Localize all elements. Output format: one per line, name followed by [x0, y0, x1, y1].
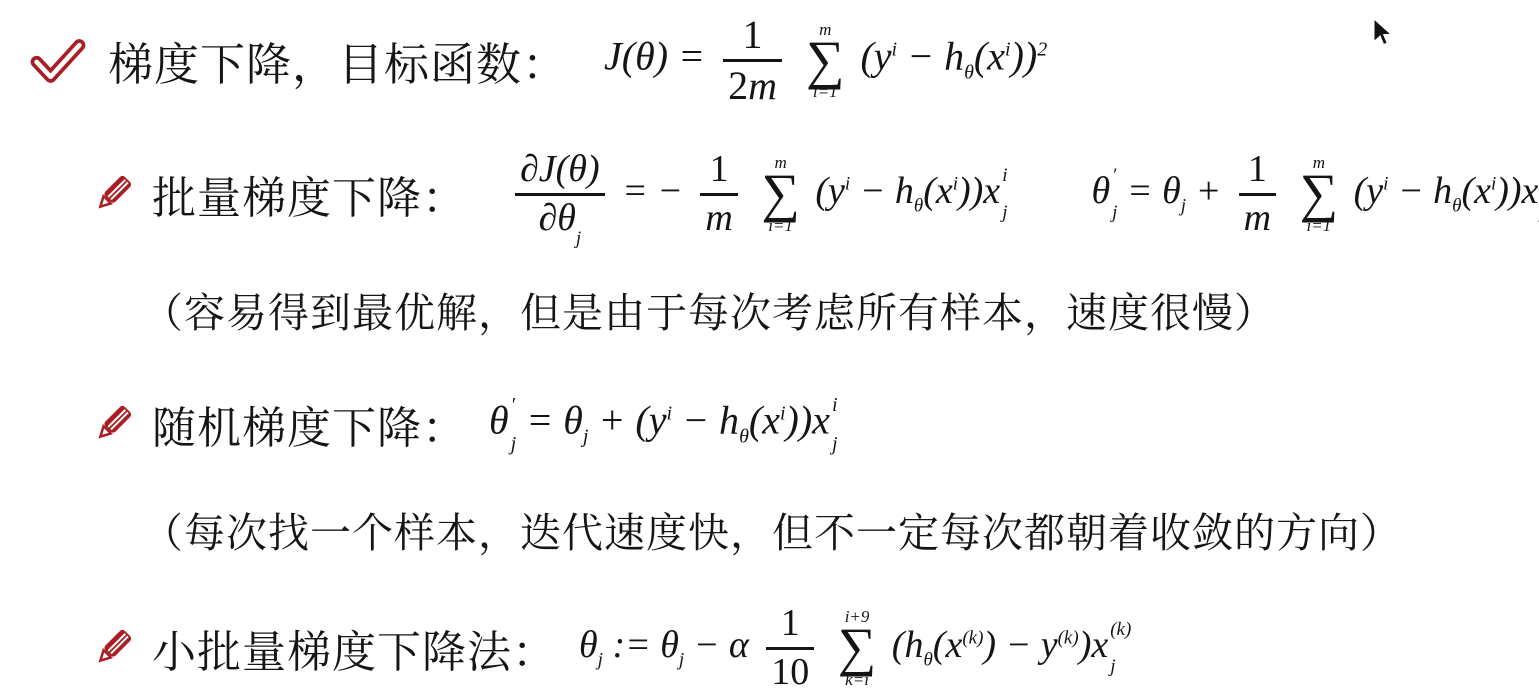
sgd-row: 随机梯度下降： θ′j = θj + (yi − hθ(xi))xij	[88, 392, 838, 456]
objective-formula: J(θ) = 1 2m m ∑ i=1 (yi − hθ(xi))2	[604, 14, 1047, 107]
fraction-bar	[515, 193, 605, 196]
pencil-icon	[88, 169, 138, 219]
title-row: 梯度下降，目标函数： J(θ) = 1 2m m ∑ i=1 (yi − hθ(…	[28, 14, 1047, 107]
sup-sub-stack: ij	[832, 395, 838, 454]
sup-sub-stack: ′j	[511, 395, 517, 454]
batch-gd-label: 批量梯度下降：	[152, 162, 467, 226]
pencil-icon	[88, 623, 138, 673]
title-text: 梯度下降，目标函数：	[108, 28, 568, 93]
batch-note-row: （容易得到最优解，但是由于每次考虑所有样本，速度很慢）	[142, 280, 1276, 339]
batch-update-formula: θ′j = θj + 1 m m ∑ i=1 (yi − hθ(xi))xij	[1091, 150, 1539, 239]
sgd-note-row: （每次找一个样本，迭代速度快，但不一定每次都朝着收敛的方向）	[142, 500, 1402, 559]
sigma-symbol: ∑	[806, 38, 845, 84]
sigma-symbol: ∑	[838, 625, 877, 671]
fraction-bar	[700, 193, 737, 196]
derivative-fraction: ∂J(θ) ∂θj	[515, 150, 605, 239]
summation: m ∑ i=1	[761, 154, 800, 234]
fraction-bar	[1239, 193, 1276, 196]
sigma-symbol: ∑	[1300, 171, 1339, 217]
sgd-update-formula: θ′j = θj + (yi − hθ(xi))xij	[489, 395, 838, 454]
slide: 梯度下降，目标函数： J(θ) = 1 2m m ∑ i=1 (yi − hθ(…	[0, 0, 1539, 698]
minibatch-label: 小批量梯度下降法：	[152, 616, 557, 680]
sup-sub-stack: (k)j	[1110, 620, 1131, 676]
cursor-icon	[1372, 18, 1392, 48]
check-icon	[28, 35, 88, 87]
sup-sub-stack: ij	[1002, 166, 1007, 222]
formula-lhs: J(θ) =	[604, 34, 705, 79]
batch-note-text: （容易得到最优解，但是由于每次考虑所有样本，速度很慢）	[142, 280, 1276, 339]
fraction-bar	[766, 647, 814, 650]
batch-gradient-formula: ∂J(θ) ∂θj = − 1 m m ∑ i=1 (yi − hθ(xi))x…	[507, 150, 1007, 239]
fraction: 1 m	[700, 150, 737, 239]
fraction: 1 m	[1239, 150, 1276, 239]
fraction: 1 2m	[723, 14, 782, 107]
sgd-label: 随机梯度下降：	[152, 392, 467, 456]
summation: m ∑ i=1	[1300, 154, 1339, 234]
batch-gd-row: 批量梯度下降： ∂J(θ) ∂θj = − 1 m m ∑ i=1 (yi − …	[88, 150, 1539, 239]
summation: i+9 ∑ k=i	[838, 608, 877, 688]
fraction: 1 10	[766, 604, 814, 693]
sup-sub-stack: ′j	[1112, 166, 1117, 222]
minibatch-row: 小批量梯度下降法： θj := θj − α 1 10 i+9 ∑ k=i (h…	[88, 604, 1131, 693]
summation: m ∑ i=1	[806, 21, 845, 101]
sgd-note-text: （每次找一个样本，迭代速度快，但不一定每次都朝着收敛的方向）	[142, 500, 1402, 559]
minibatch-update-formula: θj := θj − α 1 10 i+9 ∑ k=i (hθ(x(k)) − …	[579, 604, 1131, 693]
sigma-symbol: ∑	[761, 171, 800, 217]
pencil-icon	[88, 399, 138, 449]
fraction-bar	[723, 59, 782, 62]
